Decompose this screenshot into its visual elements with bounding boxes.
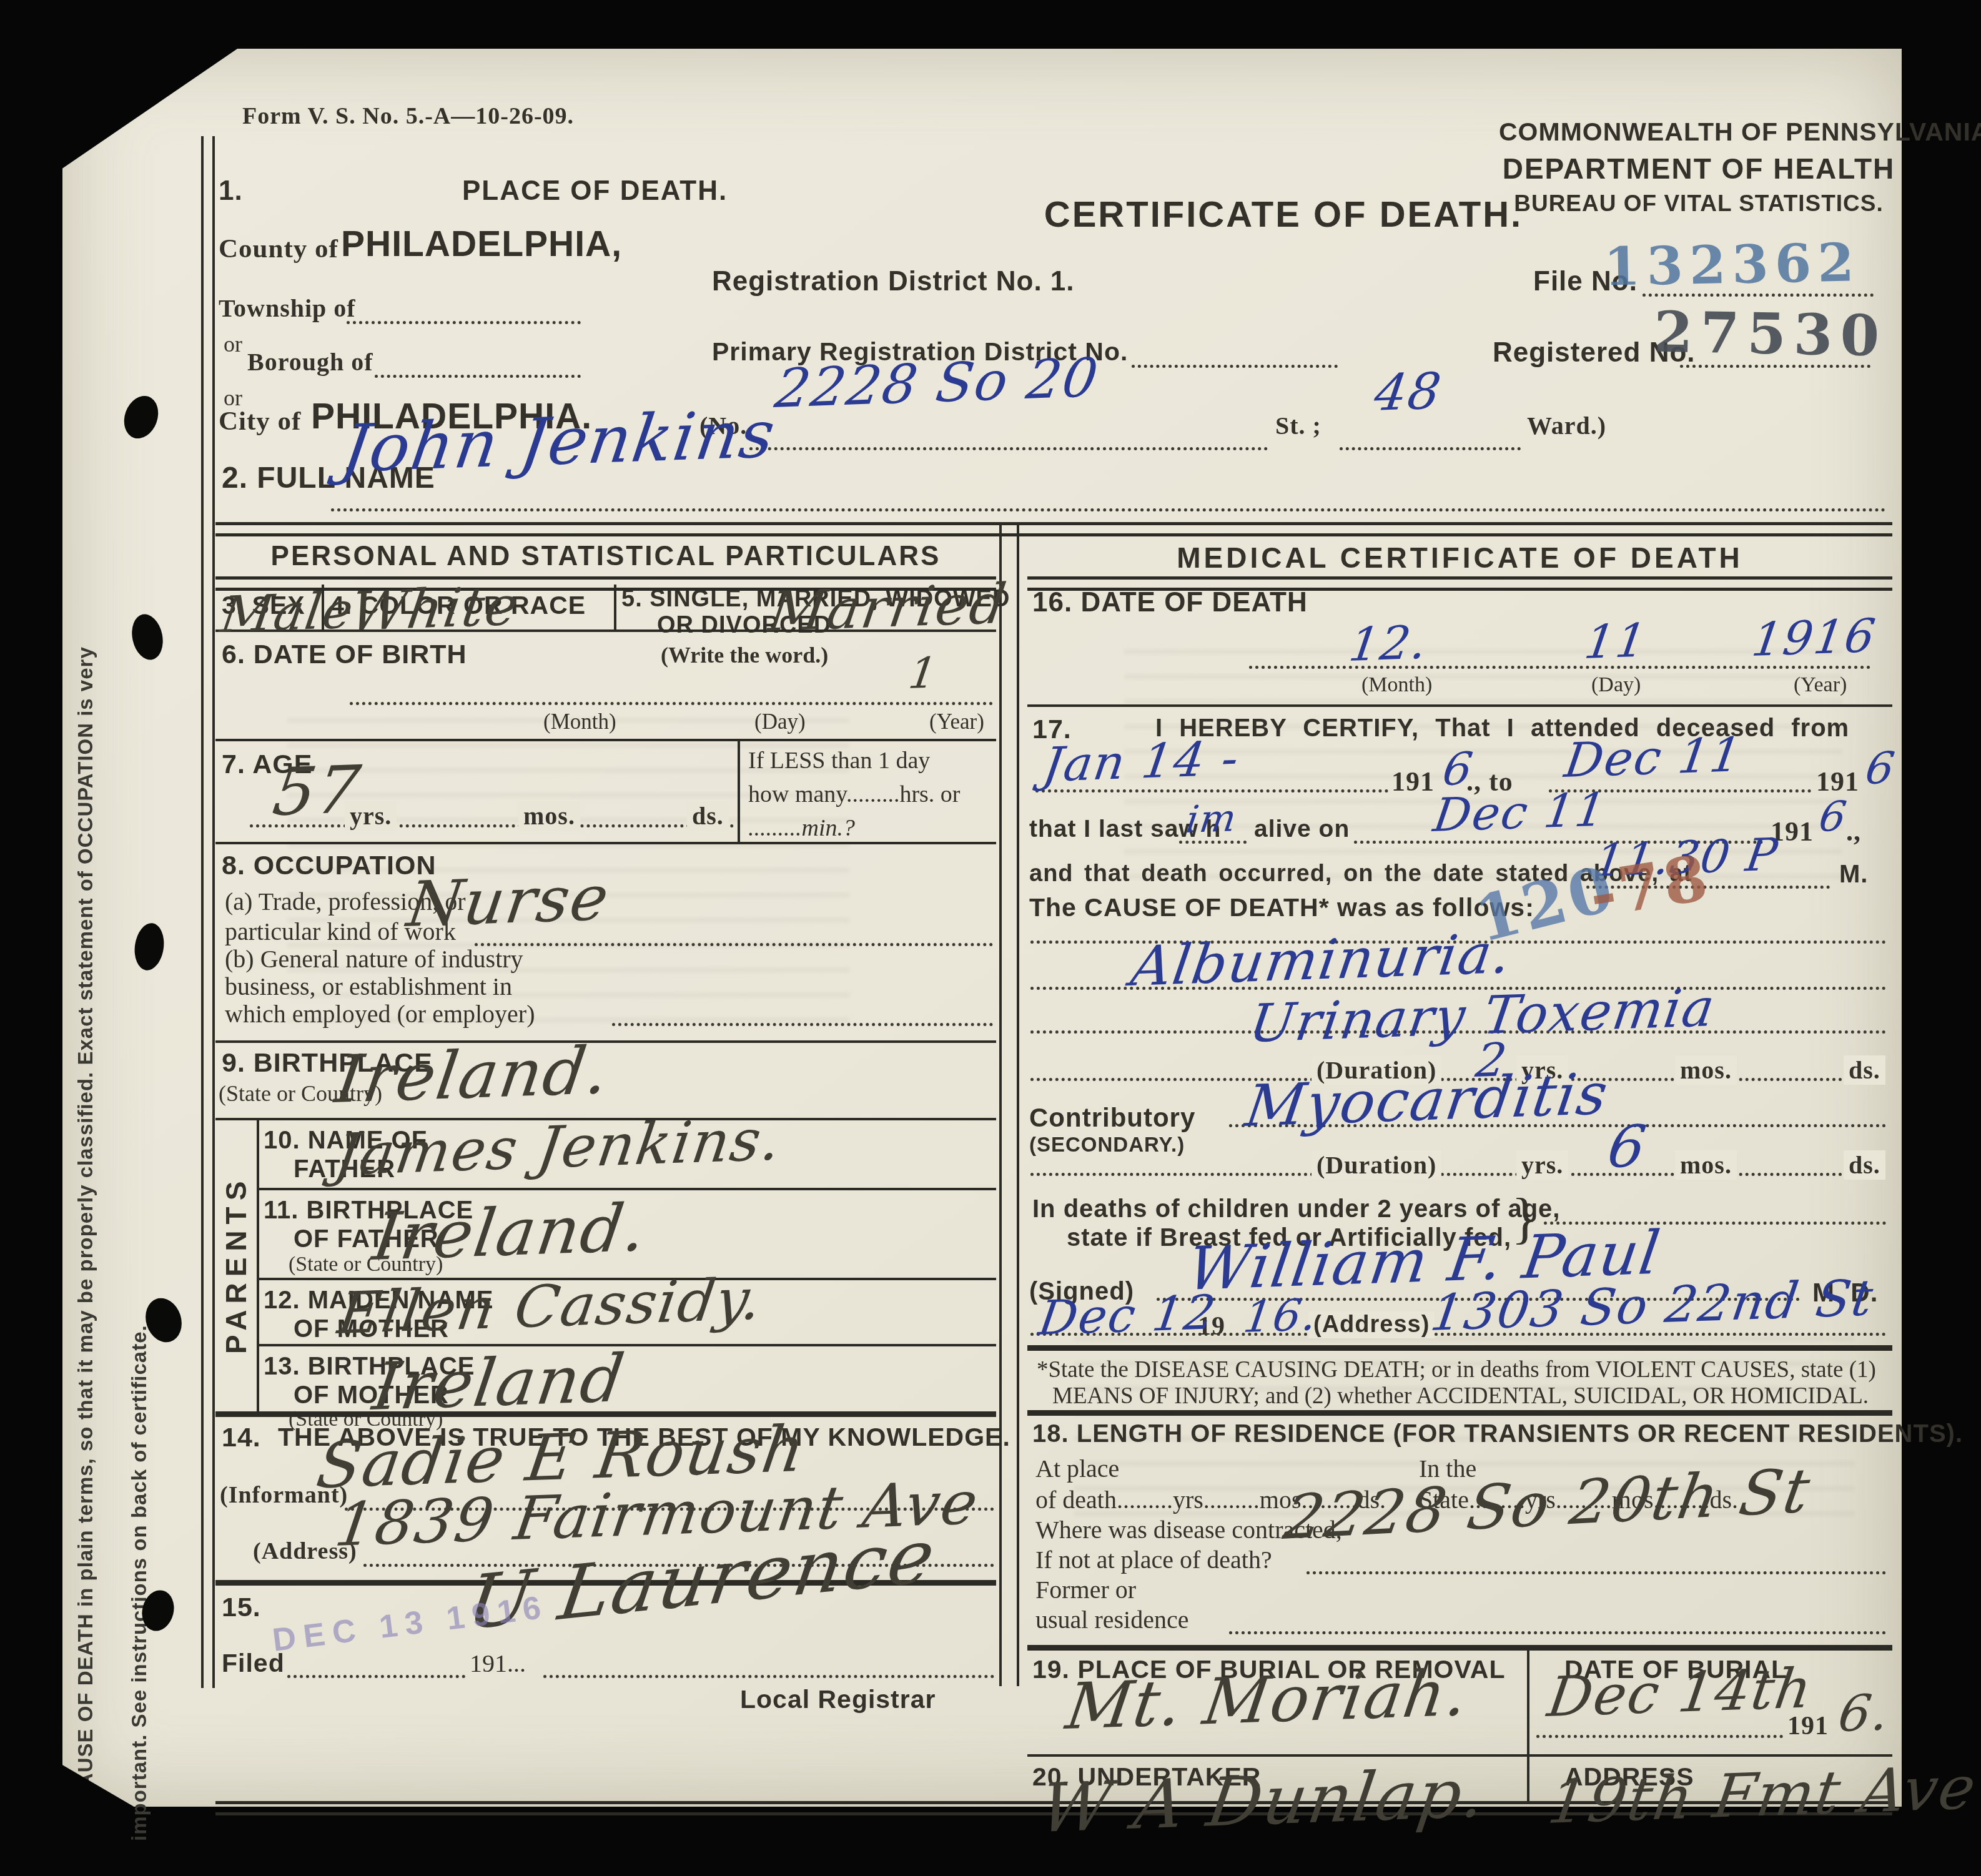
dob-label: 6. DATE OF BIRTH (222, 639, 467, 670)
lastsaw-date-handwriting: Dec 11 (1430, 782, 1610, 842)
margin-rule (201, 136, 204, 1688)
bureau-line: BUREAU OF VITAL STATISTICS. (1499, 190, 1899, 217)
ward-label: Ward.) (1527, 411, 1606, 440)
left-section-title: PERSONAL AND STATISTICAL PARTICULARS (215, 541, 996, 572)
section-rule-thick (1027, 1410, 1892, 1416)
item1-number: 1. (219, 175, 243, 207)
former-label: Former or (1035, 1575, 1136, 1604)
cell-divider (614, 585, 616, 629)
occupation-b-line (612, 1023, 993, 1026)
duration2-line (1030, 1173, 1886, 1176)
duration2-value: 6 (1604, 1113, 1651, 1181)
filed-line (287, 1675, 465, 1678)
township-line (347, 321, 581, 324)
children-note-1: In deaths of children under 2 years of a… (1032, 1195, 1560, 1223)
certificate-title: CERTIFICATE OF DEATH. (1044, 194, 1523, 235)
s15-number: 15. (222, 1592, 261, 1623)
torn-corner-bottom (61, 1764, 136, 1808)
dob-line (350, 702, 993, 705)
undertaker-handwriting: W A Dunlap. (1035, 1754, 1491, 1848)
dod-line (1249, 666, 1870, 669)
row-rule (215, 739, 996, 741)
registered-no-stamp: 27530 (1653, 299, 1887, 369)
margin-rule (212, 136, 215, 1688)
scanned-death-certificate: CAUSE OF DEATH in plain terms, so that i… (0, 0, 1981, 1876)
undertaker-divider (1527, 1754, 1529, 1801)
duration1-mos: mos. (1675, 1055, 1737, 1085)
ink-blot (119, 391, 164, 443)
dod-label: 16. DATE OF DEATH (1032, 587, 1308, 618)
secondary-label: (SECONDARY.) (1029, 1133, 1185, 1157)
duration2-mos: mos. (1675, 1150, 1737, 1180)
mother-bp-handwriting: Ireland (368, 1340, 630, 1425)
dob-handwriting: 1 (906, 648, 941, 699)
m-label: M. (1839, 861, 1868, 889)
dod-year-handwriting: 1916 (1749, 609, 1880, 667)
dob-year-label: (Year) (929, 709, 984, 734)
parents-divider (257, 1118, 259, 1411)
column-divider (1017, 523, 1019, 1686)
signed-date-handwriting: Dec 12 (1035, 1284, 1220, 1346)
right-section-title: MEDICAL CERTIFICATE OF DEATH (1027, 541, 1892, 575)
column-divider (999, 523, 1002, 1686)
occupation-a-line (475, 943, 993, 946)
certificate-paper: CAUSE OF DEATH in plain terms, so that i… (62, 49, 1902, 1807)
bleedthrough-texture (287, 698, 849, 1023)
race-handwriting: White (347, 575, 523, 643)
ink-blot (128, 611, 167, 663)
cause-label: The CAUSE OF DEATH* was as follows: (1029, 893, 1534, 922)
form-number: Form V. S. No. 5.-A—10-26-09. (242, 102, 574, 130)
marital-hint: (Write the word.) (661, 642, 828, 668)
ward-number-handwriting: 48 (1371, 362, 1446, 422)
or-label-1: or (224, 331, 242, 357)
borough-label: Borough of (247, 347, 373, 377)
registrar-label: Local Registrar (740, 1685, 936, 1714)
header-rule (215, 522, 1892, 536)
lastsaw-end: ., (1846, 816, 1861, 847)
birthplace-handwriting: Ireland. (331, 1032, 615, 1118)
duration1-ds: ds. (1844, 1055, 1885, 1085)
department-line: DEPARTMENT OF HEALTH (1499, 152, 1899, 185)
city-label: City of (219, 406, 301, 437)
title-rule-right (1027, 576, 1892, 591)
contributory-handwriting: Myocarditis (1242, 1060, 1613, 1140)
borough-line (375, 375, 581, 378)
section-rule-thick (1027, 1645, 1892, 1651)
ifnot-line: If not at place of death? (1035, 1545, 1272, 1574)
attended-from-handwriting: Jan 14 - (1040, 730, 1243, 792)
lastsaw-fill-handwriting: im (1183, 796, 1240, 842)
primary-district-line (1132, 365, 1338, 368)
agency-block: COMMONWEALTH OF PENNSYLVANIA. DEPARTMENT… (1499, 117, 1899, 217)
age-handwriting: 57 (269, 751, 366, 831)
row-rule (1027, 704, 1892, 707)
registration-district: Registration District No. 1. (712, 266, 1075, 297)
torn-corner (61, 47, 239, 169)
margin-note-outer: CAUSE OF DEATH in plain terms, so that i… (74, 205, 97, 1804)
house-number-handwriting: 2228 So 20 (771, 347, 1103, 420)
file-no-stamp: 132362 (1603, 231, 1860, 297)
contributory-label: Contributory (1029, 1103, 1195, 1133)
st-label: St. ; (1275, 411, 1321, 440)
father-bp-handwriting: Ireland. (368, 1190, 652, 1275)
parents-label: PARENTS (215, 1118, 257, 1411)
ward-line (1340, 447, 1521, 450)
usual-residence-label: usual residence (1035, 1605, 1188, 1634)
dod-day-handwriting: 11 (1581, 614, 1651, 669)
signed-year-handwriting: 16. (1240, 1289, 1321, 1343)
age-ds-label: ds. (687, 801, 729, 831)
burial-divider (1527, 1645, 1529, 1754)
filed-year-printed: 191... (470, 1649, 526, 1678)
mother-name-handwriting: Ellen Cassidy. (334, 1266, 767, 1347)
s14-number: 14. (222, 1423, 261, 1453)
fullname-handwriting: John Jenkins (337, 396, 781, 487)
dod-month-handwriting: 12. (1346, 616, 1431, 672)
burial-place-handwriting: Mt. Moriah. (1062, 1656, 1473, 1744)
age-subcell-divider (738, 739, 740, 842)
row-rule (215, 842, 996, 844)
duration2-label: (Duration) (1312, 1150, 1441, 1180)
burial-date-line (1536, 1735, 1783, 1738)
township-label: Township of (219, 294, 356, 323)
age-mos-label: mos. (518, 801, 580, 831)
burial-year-digit: 6. (1835, 1683, 1894, 1743)
county-label: County of (219, 234, 338, 264)
residence-line (1307, 1571, 1886, 1574)
to-year-digit: 6 (1862, 742, 1899, 794)
burial-date-handwriting: Dec 14th (1544, 1656, 1817, 1729)
undertaker-address-handwriting: 19th Fmt Ave (1544, 1752, 1981, 1837)
place-of-death-heading: PLACE OF DEATH. (462, 175, 728, 207)
occupation-handwriting: Nurse (403, 861, 615, 941)
signed-address-label: (Address) (1308, 1311, 1435, 1338)
usual-residence-line (1229, 1631, 1886, 1634)
duration2-yrs: yrs. (1516, 1150, 1568, 1180)
section-rule-thick (1027, 1345, 1892, 1351)
house-no-line (749, 447, 1268, 450)
commonwealth-line: COMMONWEALTH OF PENNSYLVANIA. (1499, 117, 1899, 147)
fullname-line (331, 508, 1886, 511)
attended-to-handwriting: Dec 11 (1561, 726, 1746, 788)
margin-note-inner: important. See instructions on back of c… (127, 1023, 151, 1841)
ink-blot (132, 921, 167, 972)
sex-handwriting: Male (217, 581, 358, 644)
marital-handwriting: Married (765, 571, 1011, 644)
registrar-line (543, 1675, 994, 1678)
county-value: PHILADELPHIA, (341, 224, 622, 265)
duration2-ds: ds. (1844, 1150, 1885, 1180)
